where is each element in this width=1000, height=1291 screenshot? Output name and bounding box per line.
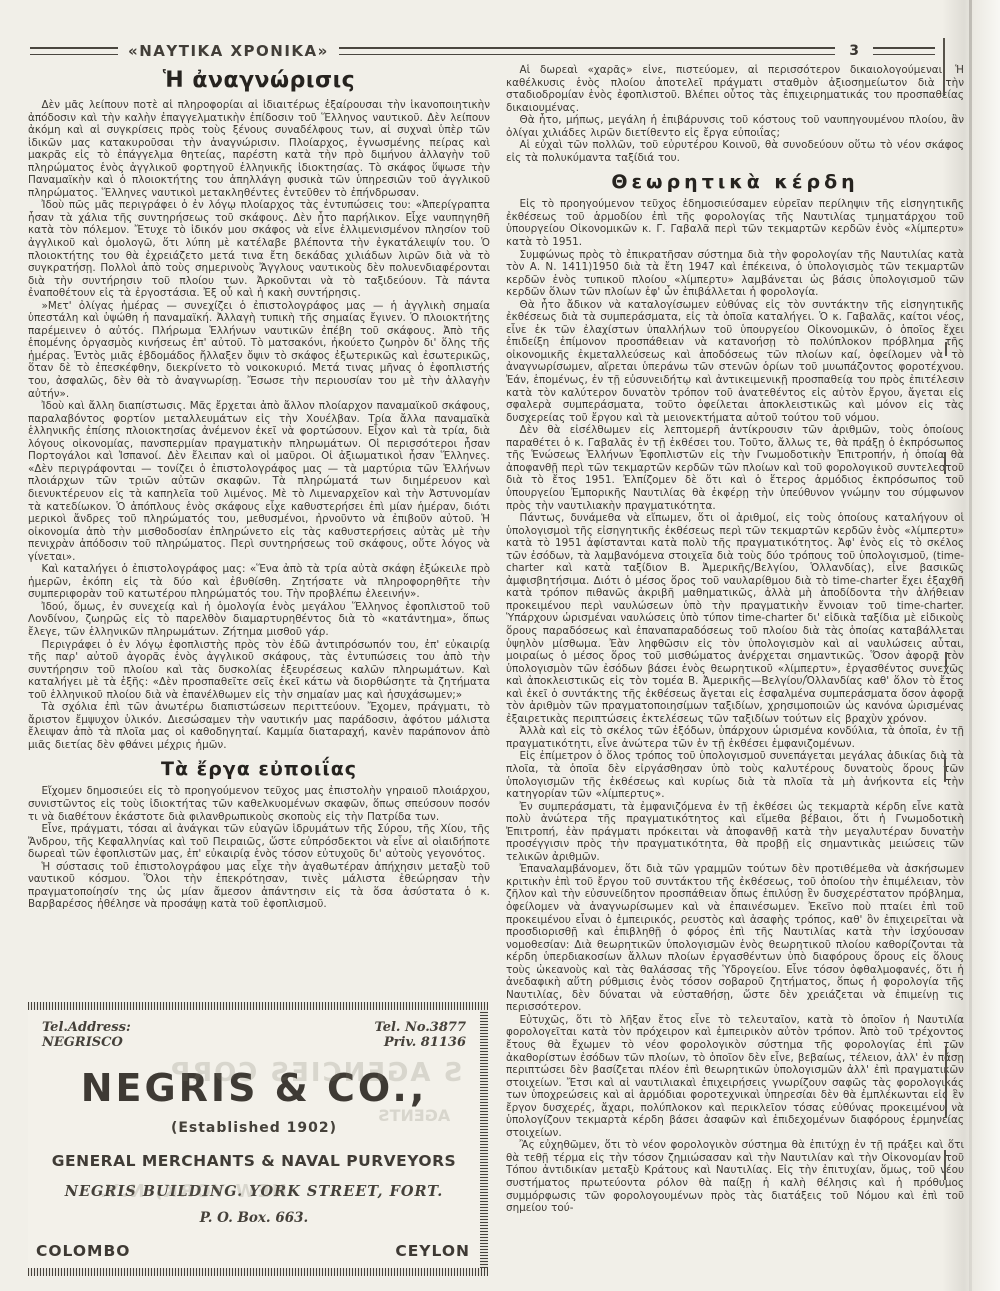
left-column: Ἡ ἀναγνώρισις Δὲν μᾶς λείπουν ποτὲ αἱ πλ… bbox=[28, 66, 490, 1002]
article-title-theoritika-kerdi: Θεωρητικὰ κέρδη bbox=[506, 171, 964, 193]
ad-po-box: P. O. Box. 663. bbox=[42, 1210, 466, 1226]
scan-edge-mark bbox=[944, 756, 946, 782]
paragraph: Ἂς εὐχηθῶμεν, ὅτι τὸ νέον φορολογικὸν σύ… bbox=[506, 1139, 964, 1214]
ad-tel-address-label: Tel.Address: bbox=[42, 1020, 131, 1035]
paragraph: Ἰδού, ὅμως, ἐν συνεχείᾳ καὶ ἡ ὁμολογία ἑ… bbox=[28, 601, 490, 639]
scan-edge-mark bbox=[945, 342, 947, 356]
ad-address-line: NEGRIS BUILDING. YORK STREET, FORT. bbox=[42, 1183, 466, 1200]
paragraph: Εἰς ἐπίμετρον ὁ ὅλος τρόπος τοῦ ὑπολογισ… bbox=[506, 750, 964, 800]
ad-business-line: GENERAL MERCHANTS & NAVAL PURVEYORS bbox=[42, 1152, 466, 1170]
scan-edge-mark bbox=[944, 452, 946, 474]
paragraph: Ἡ σύστασις τοῦ ἐπιστολογράφου μας εἶχε τ… bbox=[28, 861, 490, 911]
header-rule-center bbox=[339, 47, 835, 55]
paragraph: Ἐν συμπεράσματι, τὰ ἐμφανιζόμενα ἐν τῇ ἐ… bbox=[506, 801, 964, 864]
scanned-magazine-page: «ΝΑΥΤΙΚΑ ΧΡΟΝΙΚΑ» 3 Ἡ ἀναγνώρισις Δὲν μᾶ… bbox=[0, 0, 1000, 1291]
ad-border-bottom bbox=[28, 1268, 488, 1276]
article-erga-eupoiias-body: Εἴχομεν δημοσιεύει εἰς τὸ προηγούμενον τ… bbox=[28, 785, 490, 910]
ad-tel-number: Tel. No.3877 bbox=[375, 1020, 466, 1035]
paragraph: Πάντως, δυνάμεθα νὰ εἴπωμεν, ὅτι οἱ ἀριθ… bbox=[506, 512, 964, 725]
paragraph: Ἐπαναλαμβάνομεν, ὅτι διὰ τῶν γραμμῶν τού… bbox=[506, 863, 964, 1014]
scan-edge-mark bbox=[945, 1046, 947, 1118]
paragraph: Αἱ εὐχαὶ τῶν πολλῶν, τοῦ εὐρυτέρου Κοινο… bbox=[506, 139, 964, 164]
paragraph: Εὐτυχῶς, ὅτι τὸ λῆξαν ἔτος εἶνε τὸ τελευ… bbox=[506, 1014, 964, 1139]
article-anagnorisis-body: Δὲν μᾶς λείπουν ποτὲ αἱ πληροφορίαι αἱ ἰ… bbox=[28, 99, 490, 751]
ad-city-colombo: COLOMBO bbox=[36, 1242, 130, 1260]
scan-edge-mark bbox=[944, 1150, 946, 1180]
paragraph: Εἰς τὸ προηγούμενον τεῦχος ἐδημοσιεύσαμε… bbox=[506, 198, 964, 248]
ad-priv-number: Priv. 81136 bbox=[375, 1035, 466, 1050]
scan-edge-mark bbox=[943, 38, 945, 96]
negris-advertisement: S AGENCIES CORP AGENTS NEW YORK, N.Y. Te… bbox=[28, 1002, 488, 1276]
paragraph: Εἶνε, πράγματι, τόσαι αἱ ἀνάγκαι τῶν εὐα… bbox=[28, 823, 490, 861]
paragraph: Δὲν μᾶς λείπουν ποτὲ αἱ πληροφορίαι αἱ ἰ… bbox=[28, 99, 490, 199]
ad-content: S AGENCIES CORP AGENTS NEW YORK, N.Y. Te… bbox=[28, 1010, 480, 1268]
paragraph: Καὶ καταλήγει ὁ ἐπιστολογράφος μας: «Ἕνα… bbox=[28, 563, 490, 601]
page-header: «ΝΑΥΤΙΚΑ ΧΡΟΝΙΚΑ» 3 bbox=[30, 42, 935, 60]
right-column-intro: Αἱ δωρεαὶ «χαρᾶς» εἶνε, πιστεύομεν, αἱ π… bbox=[506, 64, 964, 164]
header-rule-left bbox=[30, 47, 118, 55]
paragraph: Θὰ ἦτο ἄδικον νὰ καταλογίσωμεν εὐθύνας ε… bbox=[506, 299, 964, 424]
ad-telegraphic-address: Tel.Address: NEGRISCO bbox=[42, 1020, 131, 1050]
ad-border-top bbox=[28, 1002, 488, 1010]
ad-established: (Established 1902) bbox=[42, 1120, 466, 1136]
ad-company-name: NEGRIS & CO., bbox=[42, 1066, 466, 1110]
paragraph: Δὲν θὰ εἰσέλθωμεν εἰς λεπτομερῆ ἀντίκρου… bbox=[506, 424, 964, 512]
paragraph: »Μετ' ὀλίγας ἡμέρας — συνεχίζει ὁ ἐπιστο… bbox=[28, 300, 490, 400]
paragraph: Ἀλλὰ καὶ εἰς τὸ σκέλος τῶν ἐξόδων, ὑπάρχ… bbox=[506, 725, 964, 750]
paragraph: Περιγράφει ὁ ἐν λόγῳ ἐφοπλιστὴς πρὸς τὸν… bbox=[28, 639, 490, 702]
ad-phone-numbers: Tel. No.3877 Priv. 81136 bbox=[375, 1020, 466, 1050]
paragraph: Ἰδοὺ καὶ ἄλλη διαπίστωσις. Μᾶς ἔρχεται ἀ… bbox=[28, 400, 490, 563]
ad-border-right bbox=[480, 1010, 488, 1268]
masthead-title: «ΝΑΥΤΙΚΑ ΧΡΟΝΙΚΑ» bbox=[128, 42, 329, 60]
scan-edge-mark bbox=[945, 652, 947, 667]
article-title-erga-eupoiias: Τὰ ἔργα εὐποιΐας bbox=[28, 758, 490, 780]
paragraph: Θὰ ἦτο, μήπως, μεγάλη ἡ ἐπιβάρυνσις τοῦ … bbox=[506, 114, 964, 139]
paragraph: Ἰδοὺ πῶς μᾶς περιγράφει ὁ ἐν λόγῳ πλοίαρ… bbox=[28, 199, 490, 299]
ad-city-ceylon: CEYLON bbox=[395, 1242, 470, 1260]
paragraph: Εἴχομεν δημοσιεύει εἰς τὸ προηγούμενον τ… bbox=[28, 785, 490, 823]
paragraph: Συμφώνως πρὸς τὸ ἐπικρατῆσαν σύστημα διὰ… bbox=[506, 249, 964, 299]
right-column: Αἱ δωρεαὶ «χαρᾶς» εἶνε, πιστεύομεν, αἱ π… bbox=[506, 64, 964, 1291]
header-rule-right bbox=[873, 47, 935, 55]
ad-tel-address-value: NEGRISCO bbox=[42, 1035, 131, 1050]
paragraph: Τὰ σχόλια ἐπὶ τῶν ἀνωτέρω διαπιστώσεων π… bbox=[28, 701, 490, 751]
paragraph: Αἱ δωρεαὶ «χαρᾶς» εἶνε, πιστεύομεν, αἱ π… bbox=[506, 64, 964, 114]
article-theoritika-kerdi-body: Εἰς τὸ προηγούμενον τεῦχος ἐδημοσιεύσαμε… bbox=[506, 198, 964, 1214]
scan-binding-line bbox=[969, 0, 972, 1291]
page-number: 3 bbox=[845, 43, 863, 59]
article-title-anagnorisis: Ἡ ἀναγνώρισις bbox=[28, 68, 490, 93]
